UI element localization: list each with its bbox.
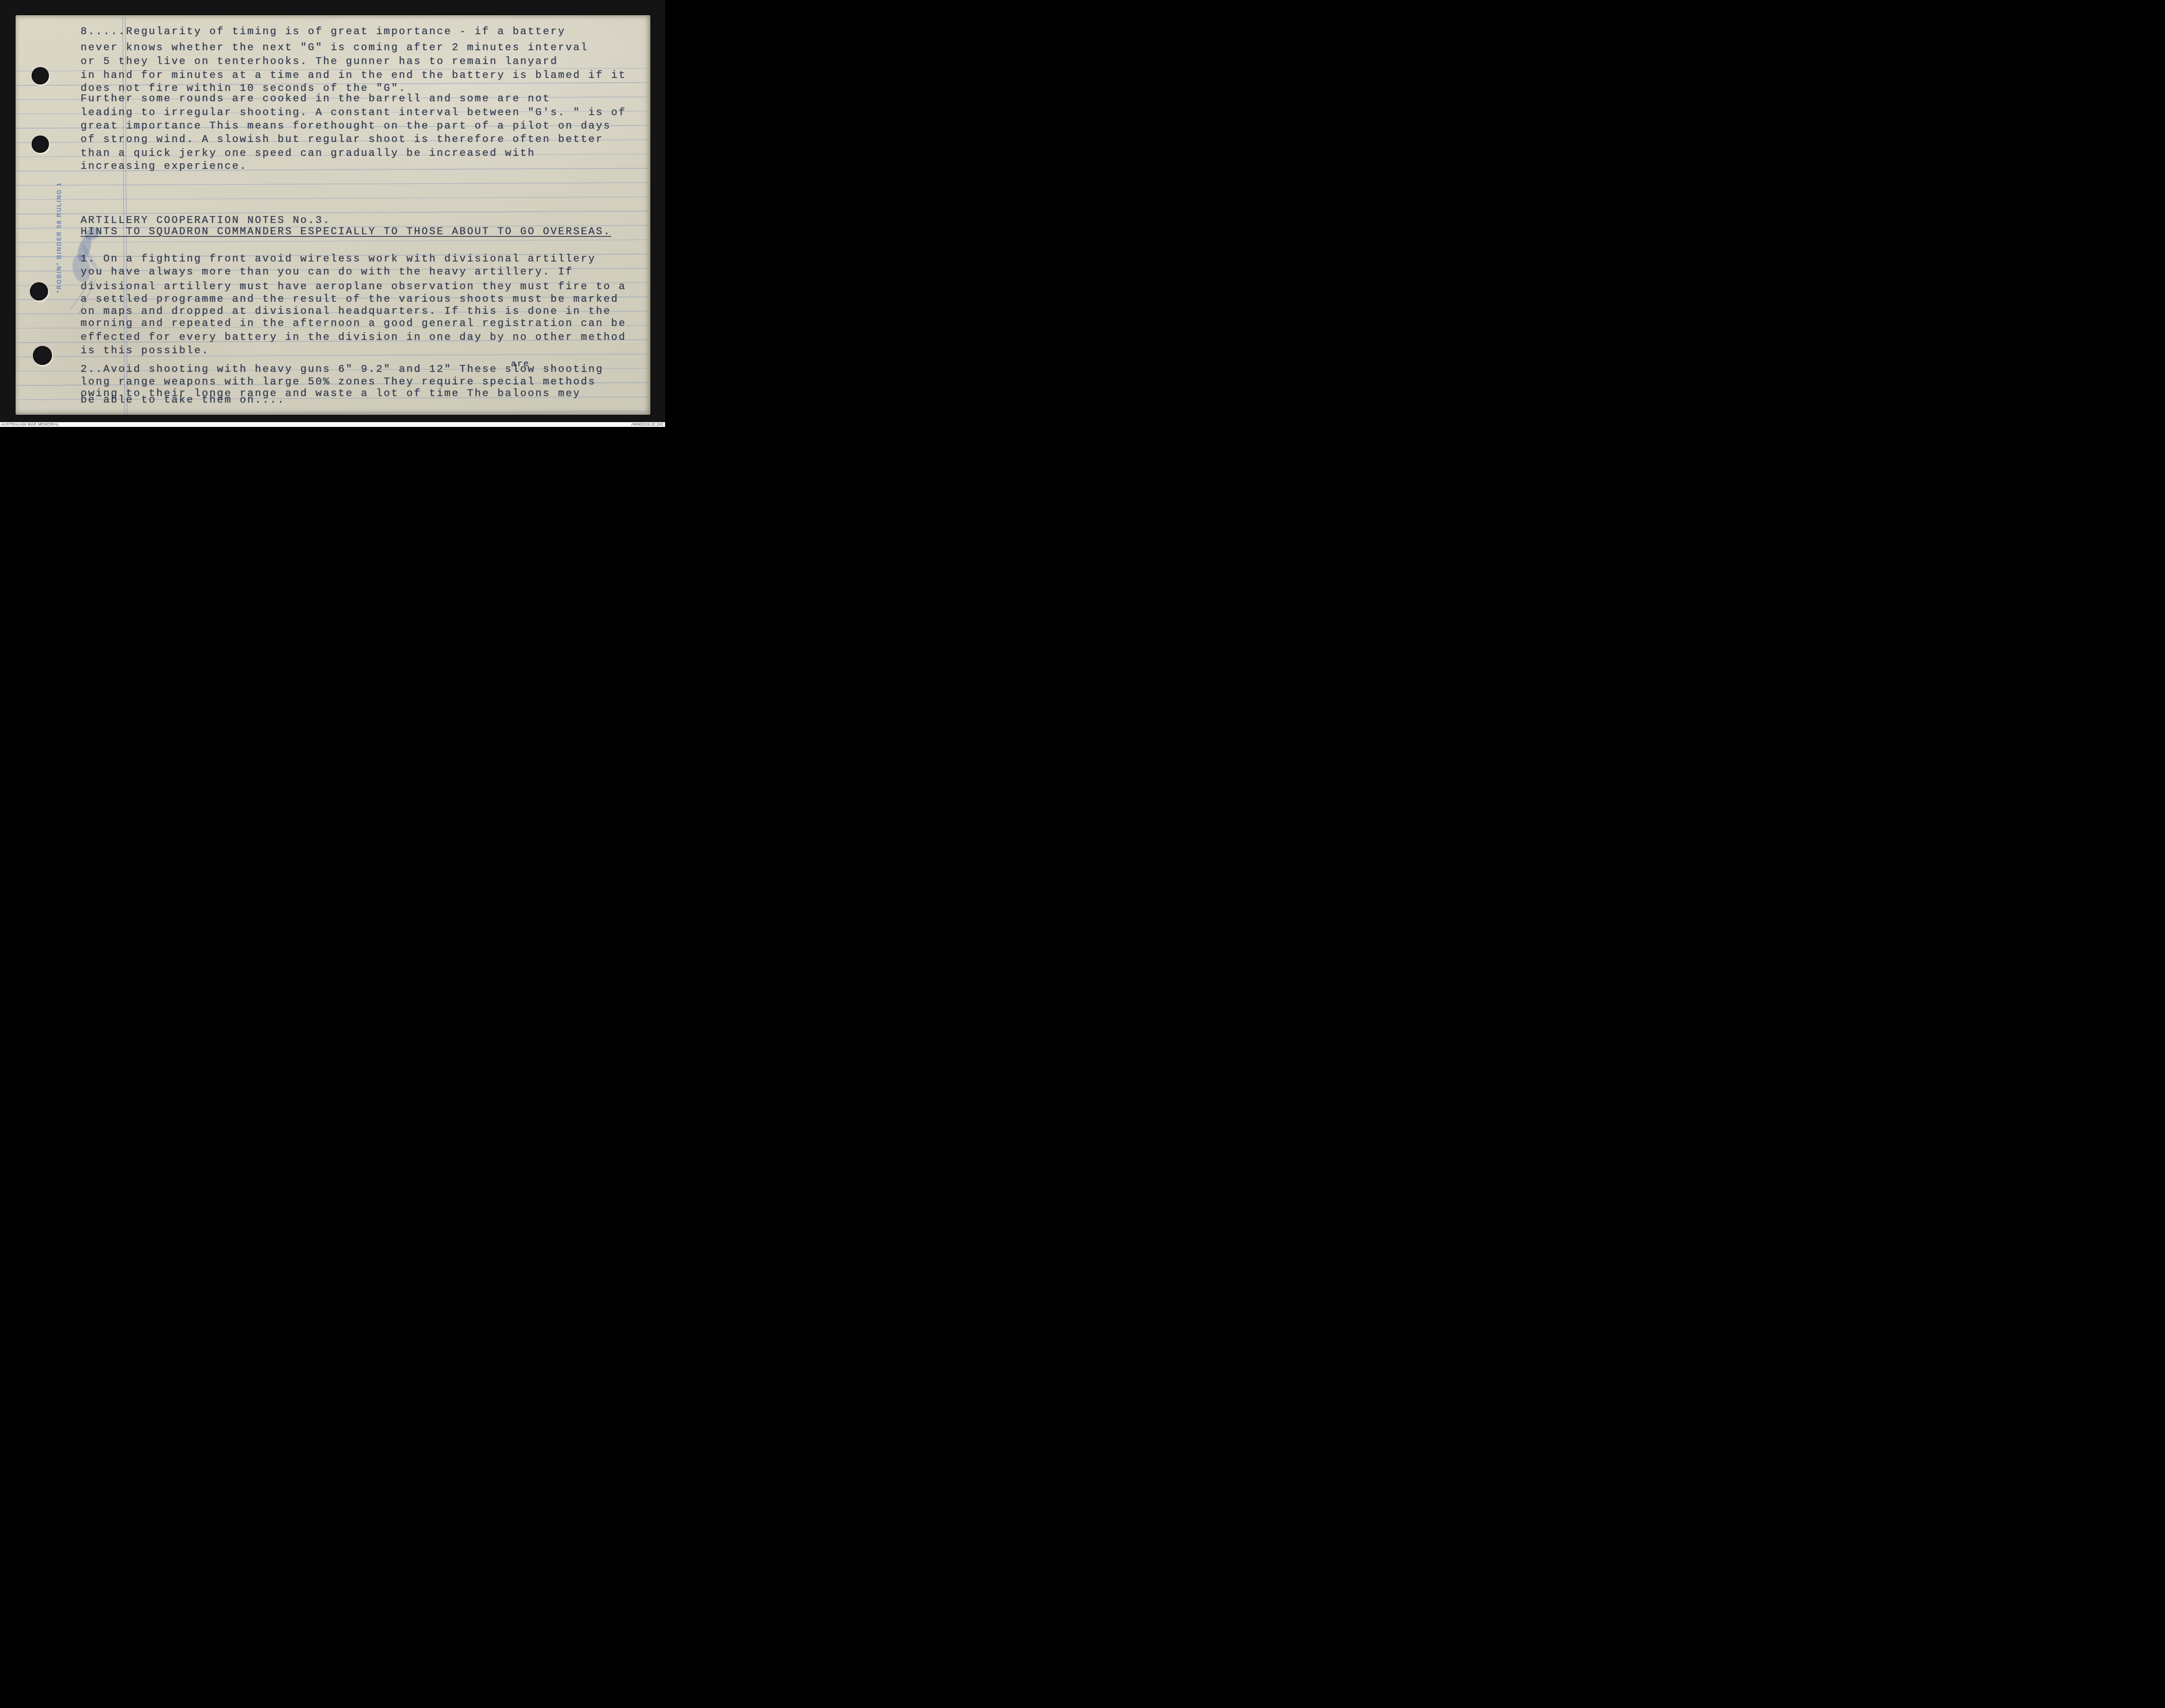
punch-hole: [30, 282, 48, 300]
typed-line: increasing experience.: [81, 161, 247, 172]
typed-line: morning and repeated in the afternoon a …: [81, 318, 626, 329]
ruled-line: [17, 411, 649, 414]
typed-line: or 5 they live on tenterhooks. The gunne…: [81, 56, 558, 68]
ruled-line: [16, 182, 648, 186]
typed-line: than a quick jerky one speed can gradual…: [81, 148, 535, 159]
typed-line: great importance This means forethought …: [81, 121, 611, 132]
typed-insertion-word: are: [511, 359, 530, 370]
notes-heading-subtitle: HINTS TO SQUADRON COMMANDERS ESPECIALLY …: [81, 226, 611, 238]
ruled-line: [16, 211, 648, 214]
typed-line: effected for every battery in the divisi…: [81, 332, 626, 343]
typed-line: 1. On a fighting front avoid wireless wo…: [81, 254, 596, 265]
typed-line: is this possible.: [81, 345, 210, 357]
typed-line: in hand for minutes at a time and in the…: [81, 70, 626, 81]
punch-hole: [32, 67, 49, 84]
binder-spine-label: "ROBIN" BINDER 58 RULING 1: [55, 168, 62, 293]
archive-institution-label: AUSTRALIAN WAR MEMORIAL: [1, 422, 59, 427]
scanned-document-screenshot: "ROBIN" BINDER 58 RULING 1 8.....Regular…: [0, 0, 665, 427]
typed-line: a settled programme and the result of th…: [81, 294, 619, 305]
archive-accession-number: AWM2019.22.242: [631, 422, 663, 427]
ruled-line: [16, 239, 648, 243]
notes-heading-title: ARTILLERY COOPERATION NOTES No.3.: [81, 215, 331, 226]
typed-line: leading to irregular shooting. A constan…: [81, 107, 626, 119]
ruled-line: [16, 197, 648, 200]
typed-line: of strong wind. A slowish but regular sh…: [81, 134, 604, 145]
typed-line: divisional artillery must have aeroplane…: [81, 281, 626, 293]
typed-line: 8.....Regularity of timing is of great i…: [81, 26, 565, 38]
typed-line: on maps and dropped at divisional headqu…: [81, 306, 611, 317]
document-page: "ROBIN" BINDER 58 RULING 1 8.....Regular…: [16, 15, 650, 415]
punch-hole: [32, 136, 49, 153]
punch-hole: [33, 346, 52, 365]
typed-line: be able to take them on....: [81, 395, 285, 406]
typed-line: long range weapons with large 50% zones …: [81, 377, 596, 388]
typed-line: Further some rounds are cooked in the ba…: [81, 94, 550, 105]
typed-line: never knows whether the next "G" is comi…: [81, 42, 588, 54]
typed-line: you have always more than you can do wit…: [81, 267, 573, 278]
archive-footer: AUSTRALIAN WAR MEMORIAL AWM2019.22.242: [0, 422, 665, 427]
